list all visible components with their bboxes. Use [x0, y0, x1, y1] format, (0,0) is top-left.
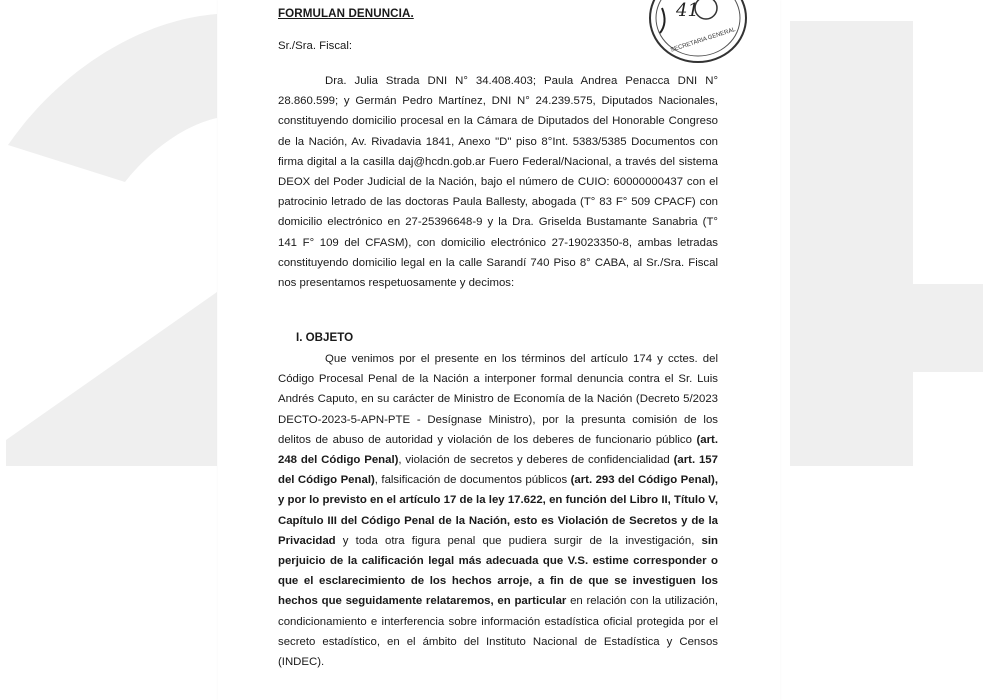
text-segment: , violación de secretos y deberes de con… — [398, 454, 673, 466]
watermark-digit-4-bar — [913, 284, 983, 372]
intro-paragraph: Dra. Julia Strada DNI N° 34.408.403; Pau… — [278, 71, 718, 293]
stamp-folio: 41 — [675, 0, 699, 21]
official-stamp-icon: 41 SECRETARIA GENERAL — [640, 0, 750, 68]
text-segment: , falsificación de documentos públicos — [375, 474, 571, 486]
text-segment: y toda otra figura penal que pudiera sur… — [336, 535, 702, 547]
objeto-paragraph: Que venimos por el presente en los térmi… — [278, 349, 718, 672]
section-heading-objeto: I. OBJETO — [296, 328, 353, 348]
text-segment: Que venimos por el presente en los térmi… — [278, 353, 718, 446]
salutation: Sr./Sra. Fiscal: — [278, 36, 352, 56]
watermark-digit-2 — [8, 14, 217, 182]
document-page: FORMULAN DENUNCIA. Sr./Sra. Fiscal: Dra.… — [218, 0, 780, 700]
watermark-digit-4-stem — [790, 21, 913, 466]
watermark-digit-2-lower — [6, 292, 217, 466]
document-title: FORMULAN DENUNCIA. — [278, 4, 414, 24]
stamp-text: SECRETARIA GENERAL — [670, 27, 737, 54]
